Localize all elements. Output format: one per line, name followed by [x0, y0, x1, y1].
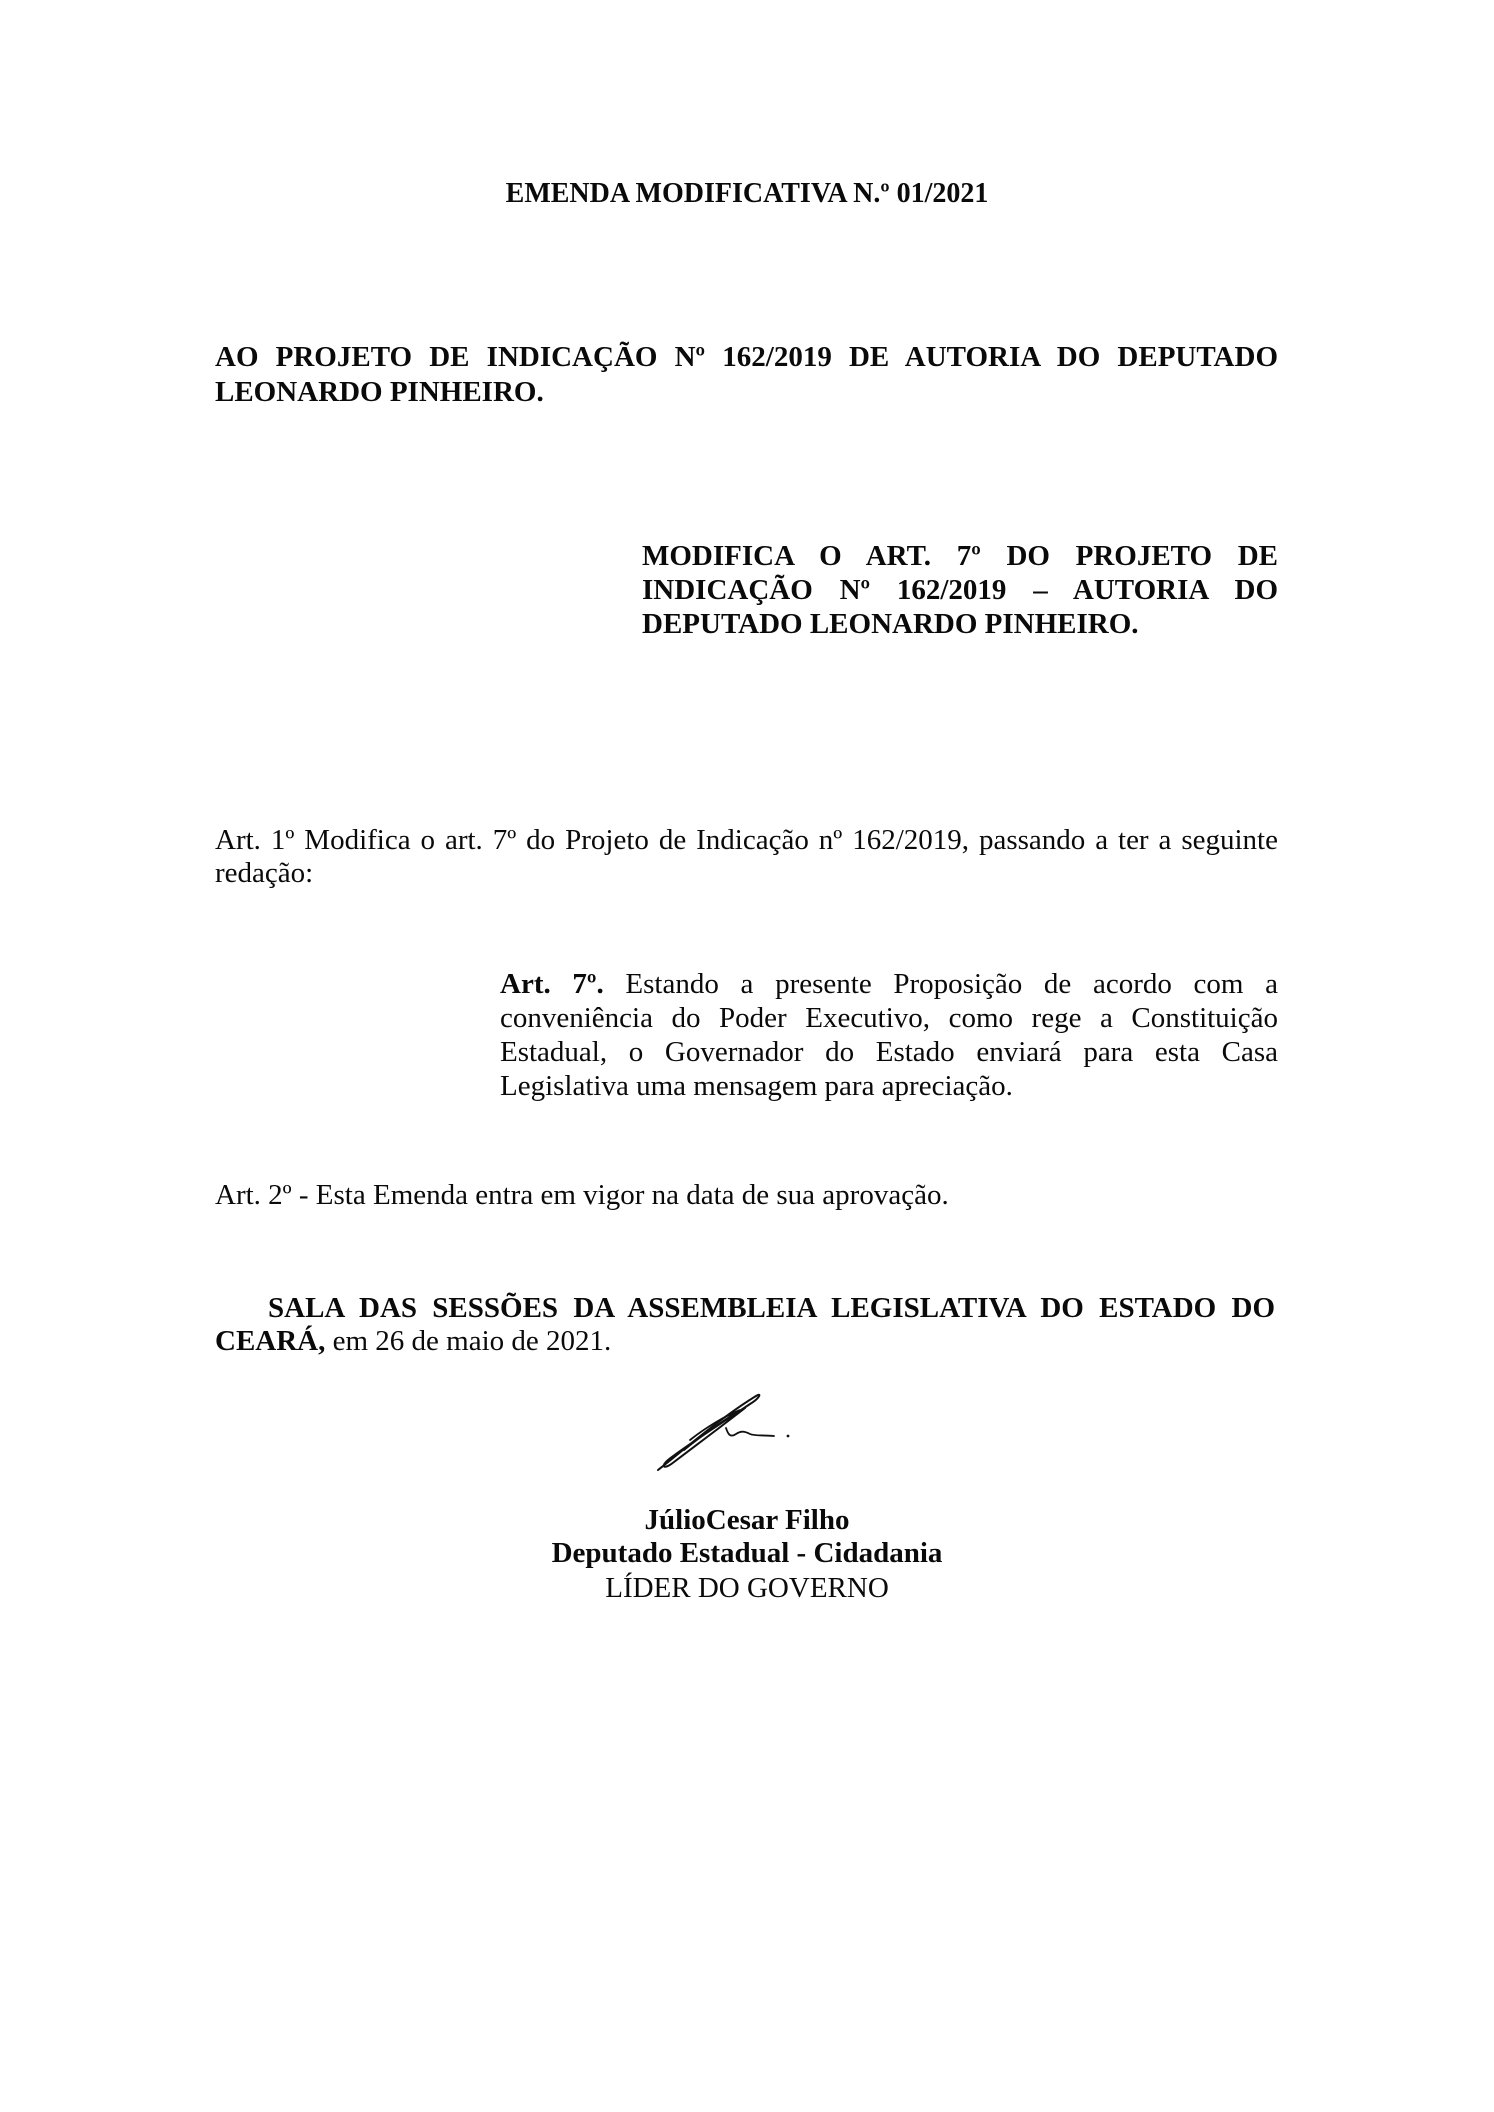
signature-icon: [650, 1388, 800, 1478]
closing-date: em 26 de maio de 2021.: [333, 1325, 612, 1357]
article-7-quote: Art. 7º. Estando a presente Proposição d…: [500, 967, 1278, 1103]
amendment-summary: MODIFICA O ART. 7º DO PROJETO DE INDICAÇ…: [642, 539, 1278, 641]
signature-block: JúlioCesar Filho Deputado Estadual - Cid…: [0, 1504, 1494, 1606]
article-1: Art. 1º Modifica o art. 7º do Projeto de…: [215, 824, 1278, 890]
closing-statement: SALA DAS SESSÕES DA ASSEMBLEIA LEGISLATI…: [215, 1292, 1275, 1358]
signer-position: Deputado Estadual - Cidadania: [0, 1537, 1494, 1570]
signer-name: JúlioCesar Filho: [0, 1504, 1494, 1537]
signer-role: LÍDER DO GOVERNO: [0, 1570, 1494, 1606]
article-7-label: Art. 7º.: [500, 968, 604, 1000]
amendment-reference: AO PROJETO DE INDICAÇÃO Nº 162/2019 DE A…: [215, 340, 1278, 410]
article-2: Art. 2º - Esta Emenda entra em vigor na …: [215, 1179, 1278, 1212]
document-title: EMENDA MODIFICATIVA N.º 01/2021: [0, 177, 1494, 211]
article-7-text: Estando a presente Proposição de acordo …: [500, 968, 1278, 1102]
